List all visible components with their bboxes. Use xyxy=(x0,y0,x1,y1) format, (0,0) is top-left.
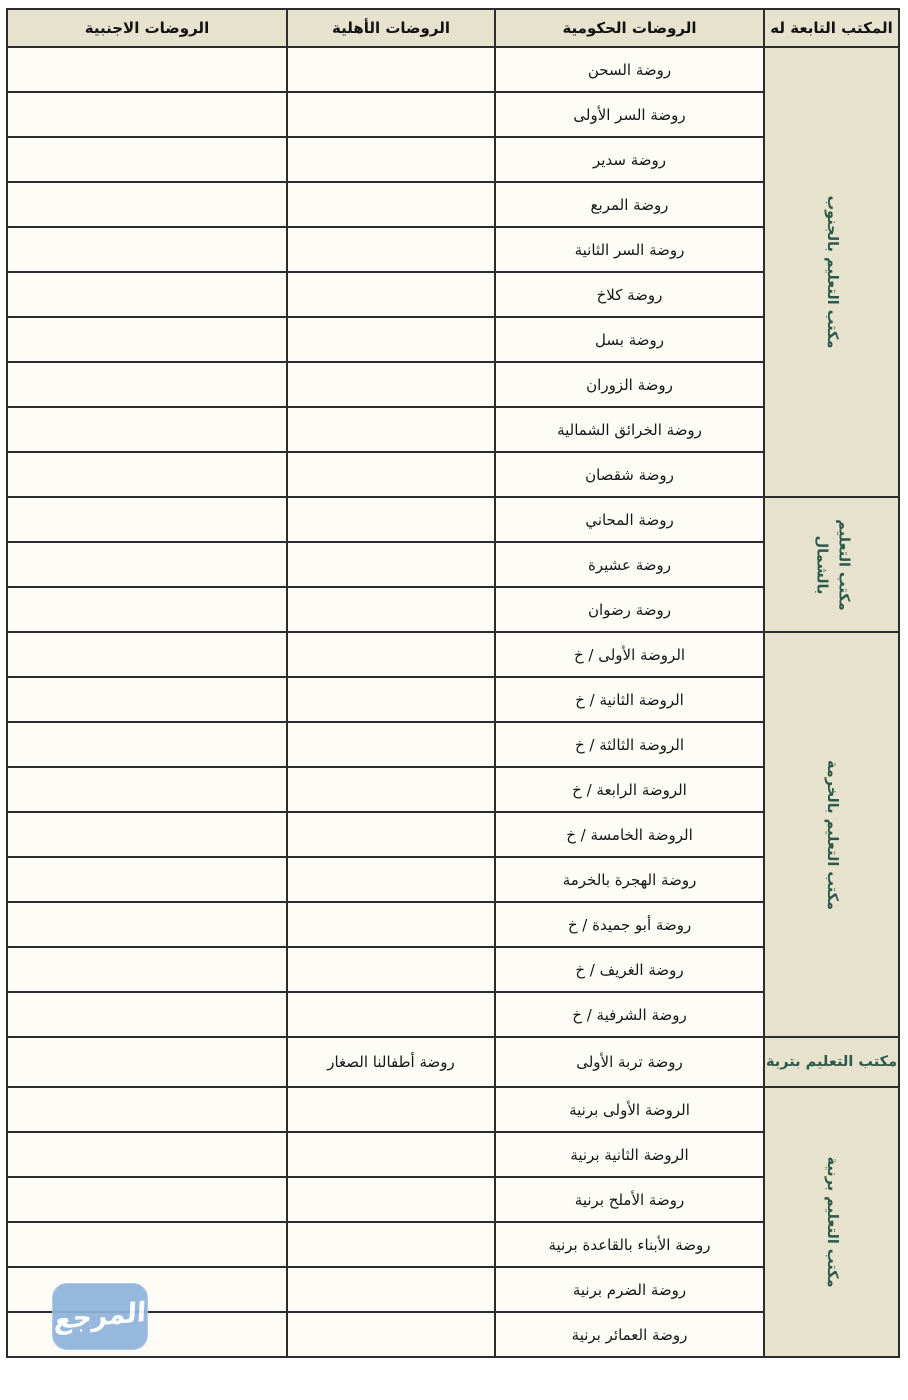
private-cell xyxy=(287,947,495,992)
private-cell xyxy=(287,677,495,722)
foreign-cell xyxy=(7,1087,287,1132)
private-cell xyxy=(287,902,495,947)
foreign-cell xyxy=(7,1132,287,1177)
government-cell: روضة بسل xyxy=(495,317,764,362)
document-page: المكتب التابعة له الروضات الحكومية الروض… xyxy=(0,0,908,1400)
header-private: الروضات الأهلية xyxy=(287,9,495,47)
private-cell xyxy=(287,317,495,362)
foreign-cell xyxy=(7,272,287,317)
government-cell: روضة عشيرة xyxy=(495,542,764,587)
almarjea-logo-text: المرجع xyxy=(53,1297,146,1336)
government-cell: روضة رضوان xyxy=(495,587,764,632)
government-cell: الروضة الثانية / خ xyxy=(495,677,764,722)
government-cell: روضة الهجرة بالخرمة xyxy=(495,857,764,902)
foreign-cell xyxy=(7,677,287,722)
private-cell xyxy=(287,1177,495,1222)
foreign-cell xyxy=(7,1222,287,1267)
private-cell xyxy=(287,1087,495,1132)
table-row: مكتب التعليم بتربةروضة تربة الأولىروضة أ… xyxy=(7,1037,899,1087)
foreign-cell xyxy=(7,947,287,992)
foreign-cell xyxy=(7,362,287,407)
government-cell: الروضة الأولى / خ xyxy=(495,632,764,677)
private-cell xyxy=(287,92,495,137)
government-cell: روضة السر الأولى xyxy=(495,92,764,137)
private-cell xyxy=(287,1312,495,1357)
table-header-row: المكتب التابعة له الروضات الحكومية الروض… xyxy=(7,9,899,47)
office-label: مكتب التعليم بالشمال xyxy=(809,509,854,621)
government-cell: روضة الشرفية / خ xyxy=(495,992,764,1037)
government-cell: الروضة الأولى برنية xyxy=(495,1087,764,1132)
table-row: مكتب التعليم بالشمالروضة المحاني xyxy=(7,497,899,542)
government-cell: روضة الأبناء بالقاعدة برنية xyxy=(495,1222,764,1267)
private-cell xyxy=(287,182,495,227)
private-cell xyxy=(287,1132,495,1177)
private-cell xyxy=(287,722,495,767)
foreign-cell xyxy=(7,452,287,497)
header-private-label: الروضات الأهلية xyxy=(332,19,450,37)
private-cell xyxy=(287,857,495,902)
foreign-cell xyxy=(7,1037,287,1087)
office-label: مكتب التعليم برنية xyxy=(820,1156,842,1287)
foreign-cell xyxy=(7,812,287,857)
private-cell xyxy=(287,407,495,452)
government-cell: روضة الضرم برنية xyxy=(495,1267,764,1312)
header-government: الروضات الحكومية xyxy=(495,9,764,47)
header-foreign: الروضات الاجنبية xyxy=(7,9,287,47)
office-cell: مكتب التعليم بتربة xyxy=(764,1037,899,1087)
table-row: مكتب التعليم بالجنوبروضة السحن xyxy=(7,47,899,92)
foreign-cell xyxy=(7,227,287,272)
foreign-cell xyxy=(7,542,287,587)
government-cell: روضة كلاخ xyxy=(495,272,764,317)
foreign-cell xyxy=(7,722,287,767)
office-cell: مكتب التعليم بالخرمة xyxy=(764,632,899,1037)
almarjea-logo: المرجع xyxy=(52,1283,148,1350)
foreign-cell xyxy=(7,587,287,632)
header-office-label: المكتب التابعة له xyxy=(770,19,892,37)
private-cell xyxy=(287,587,495,632)
office-label: مكتب التعليم بالجنوب xyxy=(820,196,842,349)
foreign-cell xyxy=(7,92,287,137)
government-cell: الروضة الثانية برنية xyxy=(495,1132,764,1177)
government-cell: روضة المحاني xyxy=(495,497,764,542)
private-cell xyxy=(287,1267,495,1312)
government-cell: روضة المربع xyxy=(495,182,764,227)
foreign-cell xyxy=(7,182,287,227)
foreign-cell xyxy=(7,857,287,902)
office-cell: مكتب التعليم بالجنوب xyxy=(764,47,899,497)
government-cell: الروضة الخامسة / خ xyxy=(495,812,764,857)
table-row: مكتب التعليم برنيةالروضة الأولى برنية xyxy=(7,1087,899,1132)
header-government-label: الروضات الحكومية xyxy=(562,19,696,37)
kindergartens-table: المكتب التابعة له الروضات الحكومية الروض… xyxy=(6,8,900,1358)
private-cell xyxy=(287,767,495,812)
government-cell: روضة العمائر برنية xyxy=(495,1312,764,1357)
government-cell: الروضة الرابعة / خ xyxy=(495,767,764,812)
office-cell: مكتب التعليم بالشمال xyxy=(764,497,899,632)
private-cell xyxy=(287,542,495,587)
government-cell: روضة السحن xyxy=(495,47,764,92)
private-cell xyxy=(287,272,495,317)
office-label: مكتب التعليم بالخرمة xyxy=(820,759,842,909)
foreign-cell xyxy=(7,497,287,542)
private-cell xyxy=(287,362,495,407)
private-cell xyxy=(287,47,495,92)
government-cell: روضة الأملح برنية xyxy=(495,1177,764,1222)
office-label: مكتب التعليم بتربة xyxy=(765,1051,898,1073)
private-cell xyxy=(287,227,495,272)
government-cell: روضة سدير xyxy=(495,137,764,182)
foreign-cell xyxy=(7,137,287,182)
foreign-cell xyxy=(7,632,287,677)
government-cell: روضة الخرائق الشمالية xyxy=(495,407,764,452)
foreign-cell xyxy=(7,992,287,1037)
table-body: مكتب التعليم بالجنوبروضة السحنروضة السر … xyxy=(7,47,899,1357)
government-cell: روضة الغريف / خ xyxy=(495,947,764,992)
header-office: المكتب التابعة له xyxy=(764,9,899,47)
table-row: مكتب التعليم بالخرمةالروضة الأولى / خ xyxy=(7,632,899,677)
foreign-cell xyxy=(7,902,287,947)
government-cell: روضة تربة الأولى xyxy=(495,1037,764,1087)
foreign-cell xyxy=(7,1177,287,1222)
private-cell xyxy=(287,992,495,1037)
foreign-cell xyxy=(7,47,287,92)
private-cell xyxy=(287,1222,495,1267)
government-cell: روضة السر الثانية xyxy=(495,227,764,272)
foreign-cell xyxy=(7,767,287,812)
foreign-cell xyxy=(7,317,287,362)
government-cell: الروضة الثالثة / خ xyxy=(495,722,764,767)
office-cell: مكتب التعليم برنية xyxy=(764,1087,899,1357)
private-cell xyxy=(287,632,495,677)
government-cell: روضة شقصان xyxy=(495,452,764,497)
private-cell xyxy=(287,812,495,857)
government-cell: روضة أبو جميدة / خ xyxy=(495,902,764,947)
foreign-cell xyxy=(7,407,287,452)
header-foreign-label: الروضات الاجنبية xyxy=(85,19,209,37)
government-cell: روضة الزوران xyxy=(495,362,764,407)
private-cell: روضة أطفالنا الصغار xyxy=(287,1037,495,1087)
private-cell xyxy=(287,137,495,182)
private-cell xyxy=(287,452,495,497)
private-cell xyxy=(287,497,495,542)
